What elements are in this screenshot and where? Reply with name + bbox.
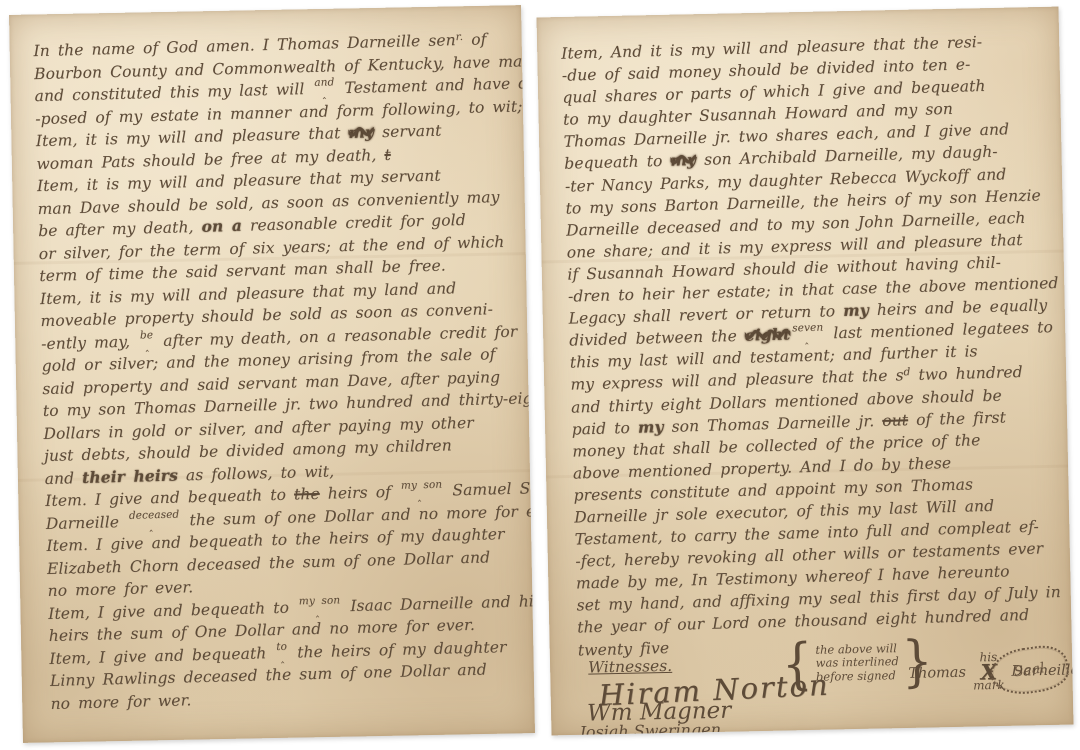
manuscript-blot-word: my <box>843 300 869 320</box>
manuscript-scr-word: my <box>348 122 374 142</box>
manuscript-strike-word: out <box>882 411 908 430</box>
interlineation-note-text: the above will was interlined before sig… <box>815 642 899 684</box>
manuscript-blot-word: my <box>638 417 664 437</box>
will-page-1: In the name of God amen. I Thomas Darnei… <box>9 5 535 743</box>
manuscript-scr-word: eight <box>745 325 791 345</box>
will-page-2: Item, And it is my will and pleasure tha… <box>537 7 1074 736</box>
manuscript-strike-word: the <box>294 485 320 504</box>
manuscript-ins-word: my son <box>401 474 443 498</box>
manuscript-abbr-word: r. <box>455 26 463 49</box>
manuscript-ins-word: and <box>314 71 335 94</box>
manuscript-ins-word: to <box>276 635 287 658</box>
page-1-text: In the name of God amen. I Thomas Darnei… <box>33 28 525 715</box>
manuscript-ins-word: deceased <box>129 503 180 527</box>
manuscript-blot-word: their heirs <box>82 465 178 487</box>
manuscript-ins-word: be <box>140 324 154 347</box>
manuscript-abbr-word: d <box>903 362 910 384</box>
testator-given-name: Thomas <box>908 664 966 681</box>
manuscript-strike-word: t <box>384 145 391 163</box>
page-2-text: Item, And it is my will and pleasure tha… <box>561 29 1062 661</box>
manuscript-photo: In the name of God amen. I Thomas Darnei… <box>0 0 1080 750</box>
seal-label: Seal <box>1013 660 1046 680</box>
manuscript-ins-word: my son <box>299 589 341 613</box>
left-brace: { <box>782 636 814 692</box>
manuscript-blot-word: on a <box>201 216 242 236</box>
note-line: before signed <box>816 669 899 684</box>
manuscript-ins-word: seven <box>792 317 824 340</box>
attestation-block: Witnesses. Hiram Norton Wm Magner Josiah… <box>576 649 1066 736</box>
manuscript-scr-word: my <box>670 150 696 170</box>
